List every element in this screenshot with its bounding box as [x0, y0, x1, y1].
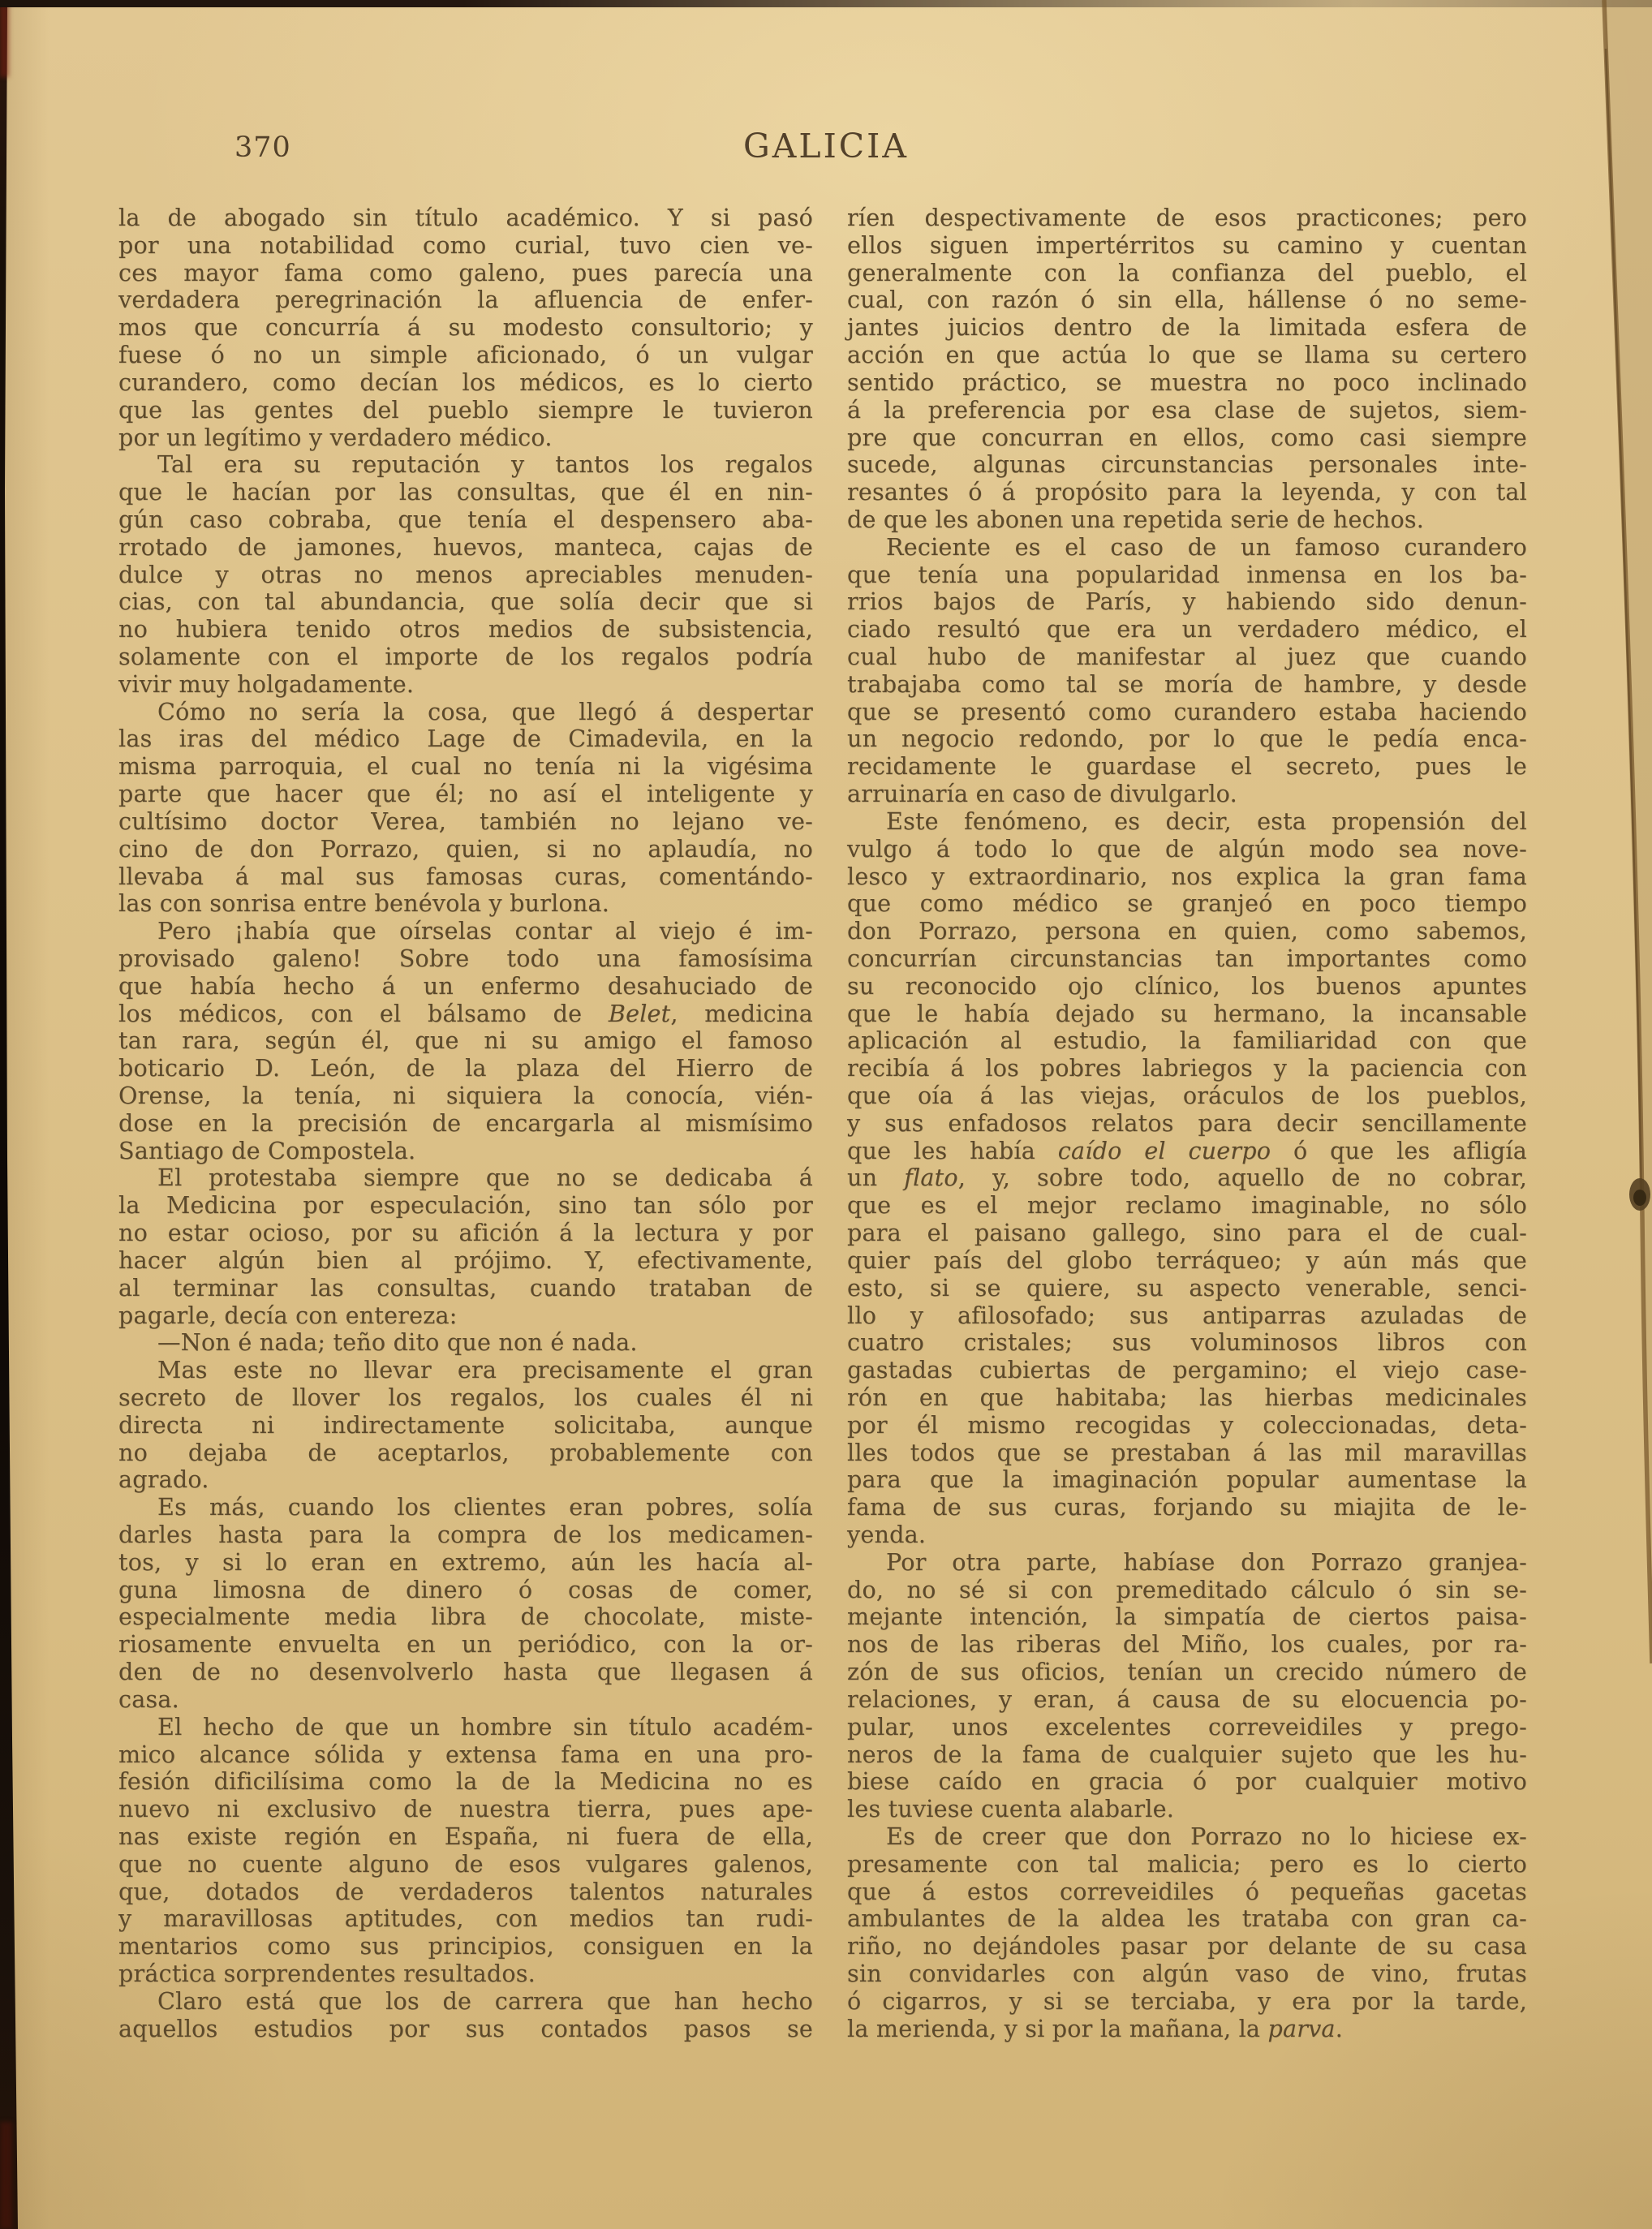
book-page-scan: 370 GALICIA la de abogado sin título aca…: [0, 0, 1652, 2229]
page-right-edge-artifacts: [0, 0, 1652, 2229]
page-edge-knot-core: [1633, 1190, 1646, 1206]
